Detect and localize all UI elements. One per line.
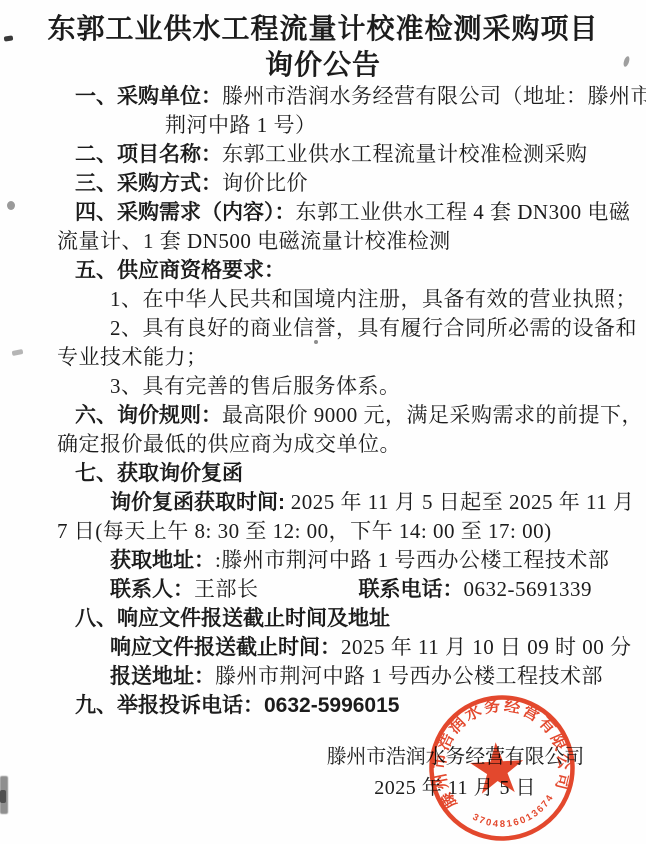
doc-text: 确定报价最低的供应商为成交单位。 <box>57 432 401 456</box>
doc-label: 二、项目名称： <box>75 143 222 166</box>
doc-label: 六、询价规则： <box>75 404 222 427</box>
doc-text: 流量计、1 套 DN500 电磁流量计校准检测 <box>57 229 451 253</box>
scan-artifact <box>0 790 6 803</box>
doc-label: 九、举报投诉电话：0632-5996015 <box>75 694 399 717</box>
doc-label: 五、供应商资格要求： <box>75 259 285 282</box>
doc-label: 联系人： <box>110 578 194 601</box>
doc-line: 获取地址：:滕州市荆河中路 1 号西办公楼工程技术部 <box>57 546 602 575</box>
doc-label: 报送地址： <box>110 665 215 688</box>
doc-text: 1、在中华人民共和国境内注册，具备有效的营业执照； <box>110 287 637 311</box>
doc-line: 荆河中路 1 号） <box>57 111 602 140</box>
doc-line: 询价复函获取时间: 2025 年 11 月 5 日起至 2025 年 11 月 <box>57 488 602 517</box>
doc-text: 专业技术能力； <box>57 345 208 369</box>
doc-text: 7 日(每天上午 8: 30 至 12: 00，下午 14: 00 至 17: … <box>57 519 552 543</box>
doc-line: 二、项目名称：东郭工业供水工程流量计校准检测采购 <box>57 140 602 169</box>
doc-text: 2025 年 11 月 5 日起至 2025 年 11 月 <box>285 490 634 514</box>
doc-text: 2025 年 11 月 10 日 09 时 00 分 <box>341 635 631 659</box>
company-seal-graphic: 滕州市浩润水务经营有限公司 3704816013674 <box>423 689 581 844</box>
doc-text: 滕州市荆河中路 1 号西办公楼工程技术部 <box>215 664 603 688</box>
doc-text: :滕州市荆河中路 1 号西办公楼工程技术部 <box>215 548 609 572</box>
doc-label: 询价复函获取时间: <box>110 491 285 514</box>
svg-text:滕州市浩润水务经营有限公司: 滕州市浩润水务经营有限公司 <box>426 692 576 813</box>
doc-line: 报送地址：滕州市荆河中路 1 号西办公楼工程技术部 <box>57 662 602 691</box>
doc-line: 七、获取询价复函 <box>57 459 602 488</box>
doc-label: 响应文件报送截止时间： <box>110 636 341 659</box>
document-title-line1: 东郭工业供水工程流量计校准检测采购项目 <box>0 12 646 48</box>
scanned-document-page: 东郭工业供水工程流量计校准检测采购项目 询价公告 一、采购单位：滕州市浩润水务经… <box>0 0 646 844</box>
doc-text: 最高限价 9000 元，满足采购需求的前提下， <box>222 403 643 427</box>
document-title-line2: 询价公告 <box>0 48 646 84</box>
doc-text: 荆河中路 1 号） <box>165 113 317 137</box>
doc-line: 响应文件报送截止时间：2025 年 11 月 10 日 09 时 00 分 <box>57 633 602 662</box>
doc-label: 八、响应文件报送截止时间及地址 <box>75 607 390 630</box>
doc-text: 东郭工业供水工程流量计校准检测采购 <box>222 142 588 166</box>
doc-text: 王部长 <box>194 577 259 601</box>
company-seal: 滕州市浩润水务经营有限公司 3704816013674 <box>423 689 581 844</box>
doc-line: 一、采购单位：滕州市浩润水务经营有限公司（地址：滕州市 <box>57 82 602 111</box>
document-title: 东郭工业供水工程流量计校准检测采购项目 询价公告 <box>0 12 646 84</box>
doc-line: 1、在中华人民共和国境内注册，具备有效的营业执照； <box>57 285 602 314</box>
document-body: 一、采购单位：滕州市浩润水务经营有限公司（地址：滕州市荆河中路 1 号）二、项目… <box>57 82 602 720</box>
doc-line: 2、具有良好的商业信誉，具有履行合同所必需的设备和 <box>57 314 602 343</box>
doc-text: 东郭工业供水工程 4 套 DN300 电磁 <box>296 200 631 224</box>
doc-text: 询价比价 <box>222 171 308 195</box>
scan-artifact <box>314 340 318 344</box>
doc-label: 四、采购需求（内容）： <box>75 201 296 224</box>
doc-line: 7 日(每天上午 8: 30 至 12: 00，下午 14: 00 至 17: … <box>57 517 602 546</box>
doc-label: 获取地址： <box>110 549 215 572</box>
doc-text: 滕州市浩润水务经营有限公司（地址：滕州市 <box>222 84 646 108</box>
doc-text: 0632-5691339 <box>464 577 593 601</box>
seal-company-arc-text: 滕州市浩润水务经营有限公司 <box>426 692 576 813</box>
doc-line: 联系人：王部长联系电话：0632-5691339 <box>57 575 602 604</box>
seal-star-icon <box>469 741 525 794</box>
doc-label: 一、采购单位： <box>75 85 222 108</box>
doc-line: 八、响应文件报送截止时间及地址 <box>57 604 602 633</box>
doc-text: 3、具有完善的售后服务体系。 <box>110 374 401 398</box>
doc-line: 确定报价最低的供应商为成交单位。 <box>57 430 602 459</box>
doc-line: 四、采购需求（内容）：东郭工业供水工程 4 套 DN300 电磁 <box>57 198 602 227</box>
doc-line: 专业技术能力； <box>57 343 602 372</box>
scan-artifact <box>12 349 24 356</box>
doc-line: 流量计、1 套 DN500 电磁流量计校准检测 <box>57 227 602 256</box>
scan-artifact <box>7 201 15 210</box>
doc-label: 七、获取询价复函 <box>75 462 243 485</box>
doc-line: 三、采购方式：询价比价 <box>57 169 602 198</box>
doc-text: 2、具有良好的商业信誉，具有履行合同所必需的设备和 <box>110 316 637 340</box>
doc-label: 联系电话： <box>359 578 464 601</box>
doc-line: 六、询价规则：最高限价 9000 元，满足采购需求的前提下， <box>57 401 602 430</box>
doc-line: 五、供应商资格要求： <box>57 256 602 285</box>
doc-label: 三、采购方式： <box>75 172 222 195</box>
doc-line: 3、具有完善的售后服务体系。 <box>57 372 602 401</box>
